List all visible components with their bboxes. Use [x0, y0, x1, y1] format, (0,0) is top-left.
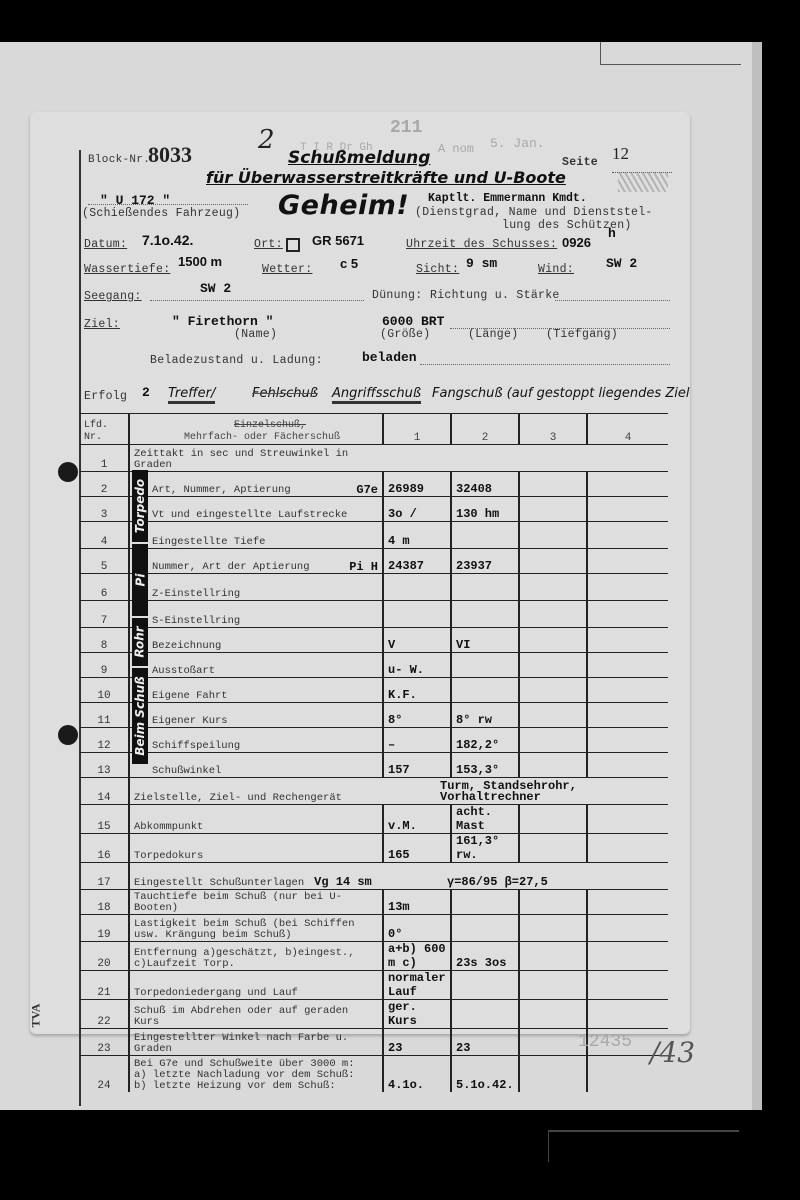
- group-label-pi: Pi: [132, 544, 148, 616]
- table-row: 11Eigener Kurs8°8° rw: [80, 703, 668, 728]
- row-value-col-4: [587, 753, 668, 778]
- row-label-text: Torpedokurs: [134, 850, 203, 862]
- row-value-col-1: 4.1o.: [383, 1056, 451, 1093]
- target-label: Ziel:: [84, 318, 120, 331]
- row-value-col-3: [519, 497, 587, 522]
- row-value-col-2: γ=86/95 β=27,5: [387, 875, 548, 889]
- row-label-text: Torpedoniedergang und Lauf: [134, 987, 298, 999]
- row-label-text: Eingestellter Winkel nach Farbe u. Grade…: [134, 1032, 348, 1055]
- row-value-col-1: [383, 574, 451, 601]
- weather-label: Wetter:: [262, 263, 312, 276]
- row-value-col-2: [451, 1000, 519, 1029]
- row-label-text: Zielstelle, Ziel- und Rechengerät: [134, 792, 342, 804]
- row-value-col-3: [519, 653, 587, 678]
- table-row: 12Schiffspeilung–182,2°: [80, 728, 668, 753]
- vessel-dotline: [88, 204, 248, 205]
- row-label: Schuß im Abdrehen oder auf geraden Kurs: [129, 1000, 383, 1029]
- row-label-text: Abkommpunkt: [134, 821, 203, 833]
- row-label: Torpedoniedergang und Lauf: [129, 971, 383, 1000]
- row-number: 2: [80, 472, 129, 497]
- row-value-col-4: [587, 834, 668, 863]
- target-draught-label: (Tiefgang): [546, 328, 618, 341]
- row-label-text: Ausstoßart: [152, 665, 215, 677]
- row-number: 3: [80, 497, 129, 522]
- row-label-text: Eigener Kurs: [152, 715, 228, 727]
- table-row: 3Vt und eingestellte Laufstrecke3o /130 …: [80, 497, 668, 522]
- row-value-col-1: u- W.: [383, 653, 451, 678]
- group-label-beim-schuss-text: Beim Schuß: [133, 676, 147, 756]
- stamp-date: 5. Jan.: [490, 136, 545, 151]
- row-value-col-3: [519, 1029, 587, 1056]
- row-value-col-4: [587, 942, 668, 971]
- row-number: 6: [80, 574, 129, 601]
- row-value-col-1: –: [383, 728, 451, 753]
- row-value-col-1: v.M.: [383, 805, 451, 834]
- time-label: Uhrzeit des Schusses:: [406, 238, 557, 251]
- result-label: Erfolg: [84, 390, 127, 403]
- row-value-col-3: [519, 472, 587, 497]
- handwritten-number: 2: [258, 125, 275, 155]
- place-value: GR 5671: [312, 233, 364, 248]
- row-label: Vt und eingestellte Laufstrecke: [129, 497, 383, 522]
- row-label-text: Z-Einstellring: [152, 588, 240, 600]
- row-value-col-4: [587, 522, 668, 549]
- row-value-col-4: [587, 703, 668, 728]
- row-number: 24: [80, 1056, 129, 1093]
- row-number: 18: [80, 890, 129, 915]
- row-value-col-2: [451, 653, 519, 678]
- row-value-col-3: [519, 971, 587, 1000]
- row-label-text: Eingestellte Tiefe: [152, 536, 265, 548]
- row-number: 5: [80, 549, 129, 574]
- row-label: Entfernung a)geschätzt, b)eingest., c)La…: [129, 942, 383, 971]
- row-value-col-3: [519, 1000, 587, 1029]
- vessel-label: (Schießendes Fahrzeug): [82, 207, 240, 220]
- row-value-col-2: 8° rw: [451, 703, 519, 728]
- row-number: 4: [80, 522, 129, 549]
- row-extra-value: G7e: [356, 485, 378, 496]
- row-label-text: Schußwinkel: [152, 765, 221, 777]
- stamp-a-nom: A nom: [438, 142, 474, 156]
- row-value-col-2: [451, 522, 519, 549]
- row-extra-value: Vg 14 sm: [314, 875, 372, 889]
- row-merged-values: γ=86/95 β=27,5: [383, 863, 668, 890]
- result-attack: Angriffsschuß: [332, 386, 421, 404]
- row-number: 9: [80, 653, 129, 678]
- row-value-col-1: 4 m: [383, 522, 451, 549]
- depth-label: Wassertiefe:: [84, 263, 170, 276]
- row-number: 12: [80, 728, 129, 753]
- result-miss: Fehlschuß: [252, 386, 318, 401]
- row-value-col-3: [519, 574, 587, 601]
- row-value-col-2: [451, 971, 519, 1000]
- row-value-col-1: 165: [383, 834, 451, 863]
- row-value-col-3: [519, 522, 587, 549]
- row-number: 20: [80, 942, 129, 971]
- table-row: 8BezeichnungVVI: [80, 628, 668, 653]
- row-label: Torpedokurs: [129, 834, 383, 863]
- group-label-rohr: Rohr: [132, 618, 148, 666]
- row-label: Z-Einstellring: [129, 574, 383, 601]
- row-value-col-2: [451, 574, 519, 601]
- archive-number: 12435: [578, 1032, 632, 1052]
- row-number: 19: [80, 915, 129, 942]
- row-label-text: Lastigkeit beim Schuß (bei Schiffen usw.…: [134, 918, 355, 941]
- place-label: Ort:: [254, 238, 283, 251]
- row-value-col-2: 23937: [451, 549, 519, 574]
- row-value-col-4: [587, 601, 668, 628]
- table-row: 5Nummer, Art der AptierungPi H2438723937: [80, 549, 668, 574]
- row-number: 10: [80, 678, 129, 703]
- row-label: Zeittakt in sec und Streuwinkel in Grade…: [129, 445, 383, 472]
- row-value-col-2: VI: [451, 628, 519, 653]
- group-label-beim-schuss: Beim Schuß: [132, 668, 148, 764]
- table-row: 2Art, Nummer, AptierungG7e2698932408: [80, 472, 668, 497]
- time-value: 0926: [562, 235, 591, 250]
- shooter-value: Kaptlt. Emmermann Kmdt.: [428, 192, 587, 205]
- depth-value: 1500 m: [178, 254, 222, 269]
- row-value-col-3: [519, 601, 587, 628]
- group-label-torpedo-text: Torpedo: [133, 479, 147, 533]
- row-value-col-1: normaler Lauf: [383, 971, 451, 1000]
- row-number: 8: [80, 628, 129, 653]
- visibility-value: 9 sm: [466, 256, 497, 271]
- row-value-col-2: [451, 601, 519, 628]
- result-catch: Fangschuß (auf gestoppt liegendes Ziel: [432, 386, 689, 401]
- date-value: 7.1o.42.: [142, 232, 193, 248]
- punch-hole-icon: [58, 725, 78, 745]
- row-value-col-4: [587, 971, 668, 1000]
- header-col-2: 2: [451, 414, 519, 445]
- header-multi-shot: Mehrfach- oder Fächerschuß: [134, 432, 378, 444]
- load-value: beladen: [362, 350, 417, 365]
- row-value-col-2: 130 hm: [451, 497, 519, 522]
- row-label: Schußwinkel: [129, 753, 383, 778]
- row-label-text: Eingestellt Schußunterlagen: [134, 877, 304, 889]
- block-label: Block-Nr.: [88, 154, 150, 166]
- row-value-col-3: [519, 703, 587, 728]
- row-value-col-4: [587, 472, 668, 497]
- row-value-col-3: [519, 834, 587, 863]
- row-value-col-2: [451, 890, 519, 915]
- result-hit: Treffer/: [168, 386, 215, 404]
- load-label: Beladezustand u. Ladung:: [150, 354, 323, 367]
- row-value-col-4: [587, 628, 668, 653]
- group-label-rohr-text: Rohr: [133, 626, 147, 657]
- row-value-col-1: 23: [383, 1029, 451, 1056]
- row-value-col-4: [587, 1000, 668, 1029]
- row-value-col-1: 8°: [383, 703, 451, 728]
- table-row: 1Zeittakt in sec und Streuwinkel in Grad…: [80, 445, 668, 472]
- row-value-col-4: [587, 574, 668, 601]
- table-row: 6Z-Einstellring: [80, 574, 668, 601]
- time-unit: h: [608, 226, 616, 241]
- target-size-label: (Größe): [380, 328, 430, 341]
- table-row: 17Eingestellt SchußunterlagenVg 14 smγ=8…: [80, 863, 668, 890]
- row-value-col-4: [587, 890, 668, 915]
- table-row: 18Tauchtiefe beim Schuß (nur bei U-Boote…: [80, 890, 668, 915]
- row-value-col-1: 26989: [383, 472, 451, 497]
- row-label-text: Bei G7e und Schußweite über 3000 m: a) l…: [134, 1058, 355, 1092]
- row-value-col-2: [451, 915, 519, 942]
- table-row: 24Bei G7e und Schußweite über 3000 m: a)…: [80, 1056, 668, 1093]
- row-value-col-3: [519, 1056, 587, 1093]
- group-label-pi-text: Pi: [133, 574, 147, 587]
- row-value-col-2: 161,3° rw.: [451, 834, 519, 863]
- punch-hole-icon: [58, 462, 78, 482]
- table-row: 15Abkommpunktv.M.acht. Mast: [80, 805, 668, 834]
- row-label: Abkommpunkt: [129, 805, 383, 834]
- row-number: 13: [80, 753, 129, 778]
- row-label-text: Entfernung a)geschätzt, b)eingest., c)La…: [134, 947, 355, 970]
- row-label-text: Bezeichnung: [152, 640, 221, 652]
- secret-marking: Geheim!: [278, 190, 409, 221]
- archive-suffix: /43: [650, 1036, 695, 1069]
- row-value-col-4: [587, 728, 668, 753]
- row-label-text: Zeittakt in sec und Streuwinkel in Grade…: [134, 448, 348, 471]
- target-dotline: [450, 328, 670, 329]
- row-label: Eigene Fahrt: [129, 678, 383, 703]
- row-value-col-2: [451, 678, 519, 703]
- row-value-col-2: 5.1o.42.: [451, 1056, 519, 1093]
- table-row: 10Eigene FahrtK.F.: [80, 678, 668, 703]
- sea-dotline: [150, 300, 364, 301]
- square-grid-icon: [286, 238, 300, 252]
- table-row: 21Torpedoniedergang und Laufnormaler Lau…: [80, 971, 668, 1000]
- row-label: Bezeichnung: [129, 628, 383, 653]
- wind-label: Wind:: [538, 263, 574, 276]
- table-row: 14Zielstelle, Ziel- und RechengerätTurm,…: [80, 778, 668, 805]
- table-row: 7S-Einstellring: [80, 601, 668, 628]
- row-number: 16: [80, 834, 129, 863]
- vessel-value: " U 172 ": [100, 193, 170, 208]
- table-row: 9Ausstoßartu- W.: [80, 653, 668, 678]
- table-row: 22Schuß im Abdrehen oder auf geraden Kur…: [80, 1000, 668, 1029]
- table-header-row: Lfd. Nr. Einzelschuß, Mehrfach- oder Fäc…: [80, 414, 668, 445]
- row-value-col-2: 153,3°: [451, 753, 519, 778]
- row-value-col-1: 0°: [383, 915, 451, 942]
- load-dotline: [420, 364, 670, 365]
- row-label: Nummer, Art der AptierungPi H: [129, 549, 383, 574]
- target-name-label: (Name): [234, 328, 277, 341]
- row-label-text: Vt und eingestellte Laufstrecke: [152, 509, 347, 521]
- table-row: 13Schußwinkel157153,3°: [80, 753, 668, 778]
- visibility-label: Sicht:: [416, 263, 459, 276]
- row-value-col-2: 23: [451, 1029, 519, 1056]
- row-number: 11: [80, 703, 129, 728]
- row-label-text: Tauchtiefe beim Schuß (nur bei U-Booten): [134, 891, 342, 914]
- row-value-col-2: 32408: [451, 472, 519, 497]
- date-label: Datum:: [84, 238, 127, 251]
- swell-dotline: [555, 300, 670, 301]
- header-nr: Lfd. Nr.: [80, 414, 129, 445]
- row-value-col-4: [587, 497, 668, 522]
- row-value-col-4: [587, 549, 668, 574]
- row-value-col-3: [519, 942, 587, 971]
- sea-label: Seegang:: [84, 290, 142, 303]
- pencil-scribble: [618, 172, 668, 192]
- stamp-number: 211: [390, 118, 422, 138]
- table-row: 20Entfernung a)geschätzt, b)eingest., c)…: [80, 942, 668, 971]
- row-value-col-1: V: [383, 628, 451, 653]
- wind-value: SW 2: [606, 256, 637, 271]
- film-frame-mark: [600, 42, 741, 65]
- row-value-col-1: 13m: [383, 890, 451, 915]
- result-value: 2: [142, 385, 150, 400]
- row-label-text: Schiffspeilung: [152, 740, 240, 752]
- target-size-value: 6000 BRT: [382, 314, 444, 329]
- row-label: S-Einstellring: [129, 601, 383, 628]
- row-value-col-1: K.F.: [383, 678, 451, 703]
- weather-value: c 5: [340, 256, 358, 271]
- row-label: Ausstoßart: [129, 653, 383, 678]
- row-number: 15: [80, 805, 129, 834]
- row-number: 21: [80, 971, 129, 1000]
- scan-edge: [752, 42, 762, 1110]
- row-label: Schiffspeilung: [129, 728, 383, 753]
- row-label-text: Schuß im Abdrehen oder auf geraden Kurs: [134, 1005, 348, 1028]
- row-value-col-2: 182,2°: [451, 728, 519, 753]
- row-value-col-3: [519, 753, 587, 778]
- row-value-col-3: [519, 728, 587, 753]
- row-extra-value: Pi H: [349, 562, 378, 573]
- row-label: Eingestellter Winkel nach Farbe u. Grade…: [129, 1029, 383, 1056]
- shot-data-table: Lfd. Nr. Einzelschuß, Mehrfach- oder Fäc…: [80, 413, 668, 1092]
- row-value-col-4: [587, 678, 668, 703]
- row-label: Eingestellt SchußunterlagenVg 14 sm: [129, 863, 383, 890]
- row-value-col-1: ger. Kurs: [383, 1000, 451, 1029]
- row-number: 22: [80, 1000, 129, 1029]
- row-value-col-1: [383, 601, 451, 628]
- target-length-label: (Länge): [468, 328, 518, 341]
- row-label: Eigener Kurs: [129, 703, 383, 728]
- row-label: Zielstelle, Ziel- und RechengerätTurm, S…: [129, 778, 383, 805]
- row-value-col-3: [519, 915, 587, 942]
- row-label-text: Eigene Fahrt: [152, 690, 228, 702]
- page-number: 12: [612, 144, 629, 164]
- film-frame-mark-bottom: [548, 1130, 739, 1162]
- header-shot-type: Einzelschuß, Mehrfach- oder Fächerschuß: [129, 414, 383, 445]
- row-extra-value: Turm, Standsehrohr, Vorhaltrechner: [440, 781, 668, 803]
- target-value: " Firethorn ": [172, 314, 273, 329]
- row-label-text: Nummer, Art der Aptierung: [152, 561, 310, 573]
- form-title: Schußmeldung: [288, 148, 430, 168]
- header-col-3: 3: [519, 414, 587, 445]
- table-row: 19Lastigkeit beim Schuß (bei Schiffen us…: [80, 915, 668, 942]
- row-number: 7: [80, 601, 129, 628]
- swell-text: Richtung u. Stärke: [430, 289, 560, 302]
- row-number: 17: [80, 863, 129, 890]
- block-number: 8033: [148, 142, 192, 168]
- row-value-col-1: 157: [383, 753, 451, 778]
- row-value-col-2: acht. Mast: [451, 805, 519, 834]
- row-number: 1: [80, 445, 129, 472]
- row-value-col-3: [519, 805, 587, 834]
- group-label-torpedo: Torpedo: [132, 470, 148, 542]
- row-label: Art, Nummer, AptierungG7e: [129, 472, 383, 497]
- row-value-col-1: a+b) 600 m c): [383, 942, 451, 971]
- header-col-1: 1: [383, 414, 451, 445]
- row-value-col-4: [587, 805, 668, 834]
- row-label: Tauchtiefe beim Schuß (nur bei U-Booten): [129, 890, 383, 915]
- header-single-shot: Einzelschuß,: [134, 420, 378, 432]
- row-label-text: Art, Nummer, Aptierung: [152, 484, 291, 496]
- row-value-col-1: 3o /: [383, 497, 451, 522]
- row-merged-values: [383, 445, 668, 472]
- row-label: Bei G7e und Schußweite über 3000 m: a) l…: [129, 1056, 383, 1093]
- shooter-label: (Dienstgrad, Name und Dienststel-: [415, 206, 653, 219]
- row-value-col-3: [519, 628, 587, 653]
- sea-value: SW 2: [200, 281, 231, 296]
- swell-label: Dünung:: [372, 289, 422, 302]
- row-value-col-3: [519, 890, 587, 915]
- header-col-4: 4: [587, 414, 668, 445]
- side-stamp: TVA: [28, 1004, 43, 1028]
- row-value-col-3: [519, 678, 587, 703]
- row-value-col-4: [587, 653, 668, 678]
- table-row: 16Torpedokurs165161,3° rw.: [80, 834, 668, 863]
- row-label-text: S-Einstellring: [152, 615, 240, 627]
- form-subtitle: für Überwasserstreitkräfte und U-Boote: [206, 168, 566, 187]
- page-label: Seite: [562, 156, 598, 169]
- row-number: 23: [80, 1029, 129, 1056]
- row-value-col-2: 23s 3os: [451, 942, 519, 971]
- row-number: 14: [80, 778, 129, 805]
- row-label: Eingestellte Tiefe: [129, 522, 383, 549]
- row-value-col-4: [587, 915, 668, 942]
- table-row: 4Eingestellte Tiefe4 m: [80, 522, 668, 549]
- row-label: Lastigkeit beim Schuß (bei Schiffen usw.…: [129, 915, 383, 942]
- row-value-col-1: 24387: [383, 549, 451, 574]
- row-value-col-3: [519, 549, 587, 574]
